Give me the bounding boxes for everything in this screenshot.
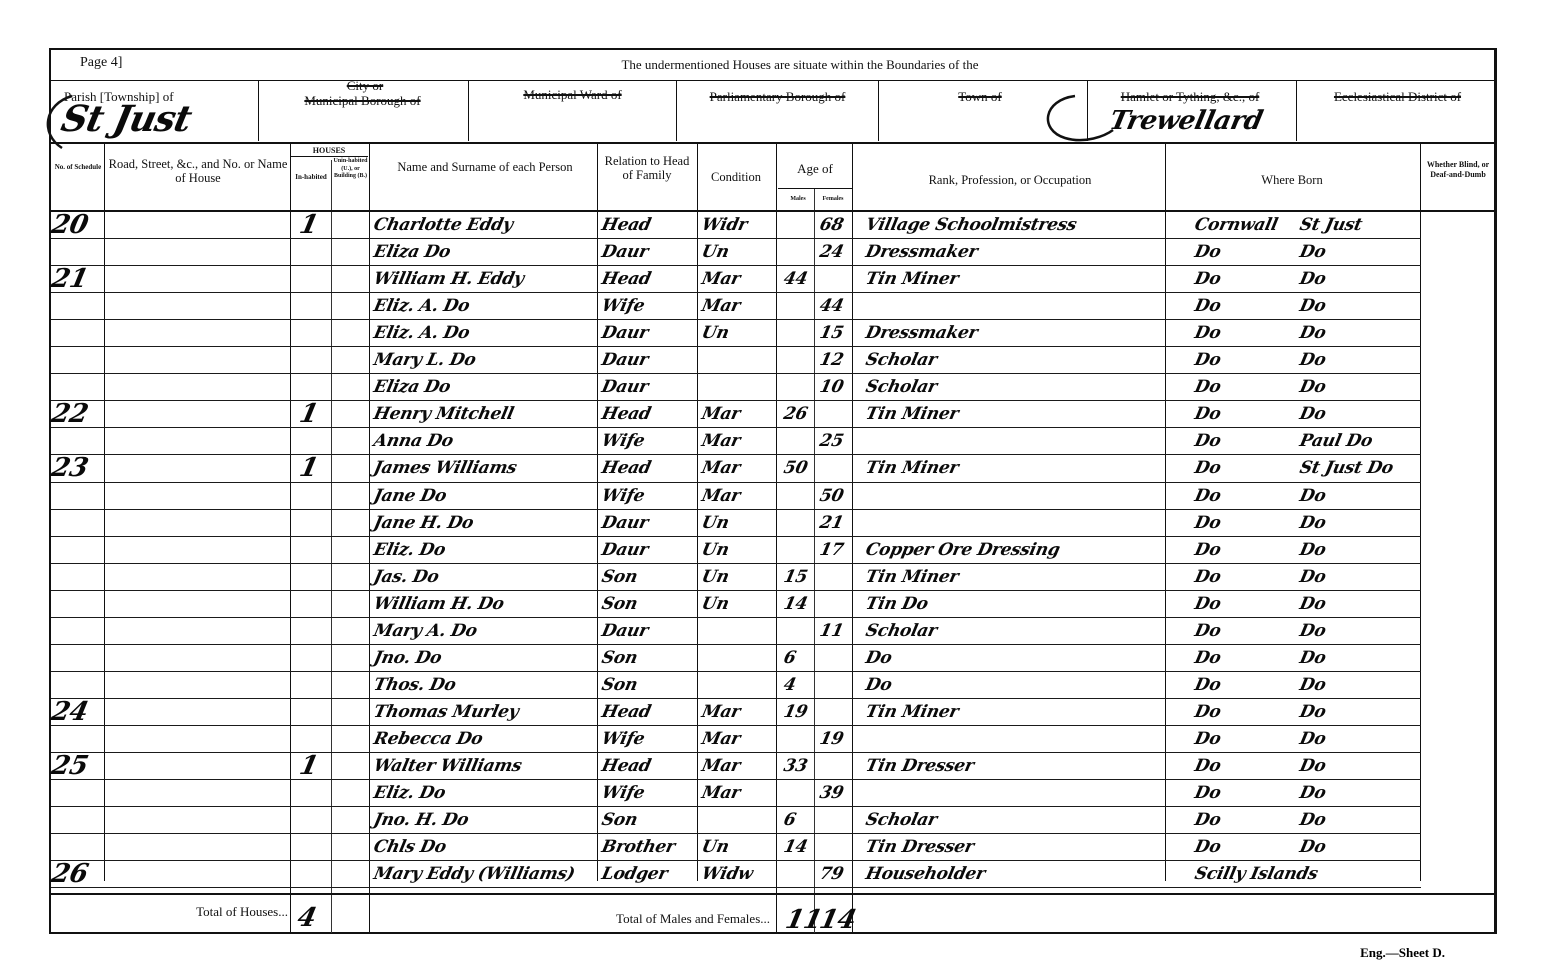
occupation: Tin Dresser bbox=[864, 756, 976, 776]
born-county: Do bbox=[1193, 242, 1223, 262]
row-divider bbox=[51, 752, 1421, 753]
total-houses-label: Total of Houses... bbox=[60, 905, 288, 920]
hamlet-label: Hamlet or Tything, &c., of bbox=[1095, 90, 1285, 105]
occupation: Tin Do bbox=[864, 594, 930, 614]
relation: Brother bbox=[600, 837, 677, 857]
row-divider bbox=[51, 482, 1421, 483]
person-name: Eliza Do bbox=[372, 242, 452, 262]
born-place: Do bbox=[1298, 486, 1328, 506]
born-county: Do bbox=[1193, 269, 1223, 289]
condition: Un bbox=[700, 513, 731, 533]
relation: Daur bbox=[600, 377, 650, 397]
occupation: Tin Miner bbox=[864, 567, 960, 587]
col-divider bbox=[597, 143, 598, 881]
col-divider bbox=[290, 143, 291, 933]
banner-divider bbox=[51, 80, 1496, 81]
born-place: Do bbox=[1298, 540, 1328, 560]
born-place: St Just Do bbox=[1298, 458, 1395, 478]
age-female: 10 bbox=[818, 377, 845, 397]
born-county: Do bbox=[1193, 296, 1223, 316]
boundary-divider bbox=[878, 81, 879, 141]
age-male: 14 bbox=[782, 594, 809, 614]
row-divider bbox=[51, 671, 1421, 672]
born-place: Do bbox=[1298, 729, 1328, 749]
schedule-number: 20 bbox=[49, 210, 91, 240]
relation: Son bbox=[600, 594, 639, 614]
relation: Daur bbox=[600, 350, 650, 370]
row-divider bbox=[51, 698, 1421, 699]
relation: Head bbox=[600, 404, 653, 424]
relation: Daur bbox=[600, 242, 650, 262]
municipal-borough-label: Municipal Borough of bbox=[280, 94, 445, 109]
schedule-number: 22 bbox=[49, 399, 91, 429]
born-place: Do bbox=[1298, 810, 1328, 830]
age-female: 21 bbox=[818, 513, 845, 533]
born-county: Do bbox=[1193, 540, 1223, 560]
person-name: Eliz. Do bbox=[372, 540, 447, 560]
occupation: Scholar bbox=[864, 350, 939, 370]
age-female: 50 bbox=[818, 486, 845, 506]
born-place: Do bbox=[1298, 567, 1328, 587]
person-name: Walter Williams bbox=[372, 756, 524, 776]
row-divider bbox=[51, 563, 1421, 564]
row-divider bbox=[51, 373, 1421, 374]
occupation: Dressmaker bbox=[864, 323, 979, 343]
row-divider bbox=[51, 346, 1421, 347]
col-divider bbox=[776, 143, 777, 933]
condition: Mar bbox=[700, 431, 742, 451]
boundary-divider bbox=[1296, 81, 1297, 141]
row-divider bbox=[51, 590, 1421, 591]
col-blind: Whether Blind, or Deaf-and-Dumb bbox=[1422, 160, 1494, 179]
occupation: Householder bbox=[864, 864, 987, 884]
born-place: Do bbox=[1298, 648, 1328, 668]
relation: Head bbox=[600, 215, 653, 235]
born-place: Do bbox=[1298, 323, 1328, 343]
col-inhabited: In-habited bbox=[292, 173, 330, 182]
condition: Un bbox=[700, 594, 731, 614]
age-female: 24 bbox=[818, 242, 845, 262]
occupation: Scholar bbox=[864, 377, 939, 397]
hamlet-value: Trewellard bbox=[1107, 106, 1265, 136]
sheet-label: Eng.—Sheet D. bbox=[1360, 945, 1445, 961]
person-name: Thomas Murley bbox=[372, 702, 520, 722]
born-county: Do bbox=[1193, 729, 1223, 749]
condition: Mar bbox=[700, 296, 742, 316]
boundary-divider bbox=[258, 81, 259, 141]
age-female: 68 bbox=[818, 215, 845, 235]
person-name: Henry Mitchell bbox=[372, 404, 516, 424]
col-occupation: Rank, Profession, or Occupation bbox=[856, 173, 1164, 187]
occupation: Copper Ore Dressing bbox=[864, 540, 1062, 560]
col-divider bbox=[697, 143, 698, 881]
row-divider bbox=[51, 617, 1421, 618]
born-county: Do bbox=[1193, 458, 1223, 478]
born-place: Do bbox=[1298, 269, 1328, 289]
relation: Head bbox=[600, 458, 653, 478]
born-county: Do bbox=[1193, 486, 1223, 506]
age-subheader-divider bbox=[778, 188, 852, 189]
row-divider bbox=[51, 509, 1421, 510]
col-age-females: Females bbox=[815, 196, 851, 204]
born-place: Do bbox=[1298, 404, 1328, 424]
person-name: Rebecca Do bbox=[372, 729, 485, 749]
relation: Head bbox=[600, 702, 653, 722]
schedule-number: 24 bbox=[49, 697, 91, 727]
born-county: Cornwall bbox=[1193, 215, 1280, 235]
total-persons-label: Total of Males and Females... bbox=[520, 912, 770, 927]
person-name: William H. Do bbox=[372, 594, 506, 614]
person-name: Anna Do bbox=[372, 431, 455, 451]
condition: Un bbox=[700, 323, 731, 343]
born-place: Do bbox=[1298, 756, 1328, 776]
person-name: Jane Do bbox=[372, 486, 448, 506]
condition: Mar bbox=[700, 486, 742, 506]
born-place: Do bbox=[1298, 513, 1328, 533]
person-name: Eliz. A. Do bbox=[372, 296, 471, 316]
col-divider bbox=[104, 143, 105, 881]
born-county: Do bbox=[1193, 783, 1223, 803]
parish-value: St Just bbox=[58, 98, 195, 140]
col-name: Name and Surname of each Person bbox=[375, 160, 595, 174]
condition: Un bbox=[700, 837, 731, 857]
col-divider bbox=[331, 160, 332, 933]
col-age-group: Age of bbox=[778, 162, 852, 177]
person-name: James Williams bbox=[372, 458, 519, 478]
age-male: 14 bbox=[782, 837, 809, 857]
relation: Daur bbox=[600, 323, 650, 343]
born-county: Do bbox=[1193, 513, 1223, 533]
born-county: Do bbox=[1193, 837, 1223, 857]
row-divider bbox=[51, 806, 1421, 807]
condition: Un bbox=[700, 540, 731, 560]
occupation: Tin Miner bbox=[864, 269, 960, 289]
person-name: Jane H. Do bbox=[372, 513, 475, 533]
person-name: Jas. Do bbox=[372, 567, 441, 587]
born-county: Do bbox=[1193, 702, 1223, 722]
occupation: Do bbox=[864, 675, 894, 695]
relation: Son bbox=[600, 567, 639, 587]
born-county: Do bbox=[1193, 594, 1223, 614]
bracket-flourish-icon bbox=[1035, 90, 1115, 150]
total-females: 14 bbox=[817, 905, 859, 935]
born-place: Do bbox=[1298, 350, 1328, 370]
born-place: Do bbox=[1298, 702, 1328, 722]
born-place: Do bbox=[1298, 594, 1328, 614]
col-condition: Condition bbox=[698, 170, 774, 184]
born-county: Do bbox=[1193, 377, 1223, 397]
person-name: Charlotte Eddy bbox=[372, 215, 515, 235]
age-female: 11 bbox=[818, 621, 845, 641]
condition: Mar bbox=[700, 404, 742, 424]
col-divider bbox=[1165, 143, 1166, 881]
occupation: Scholar bbox=[864, 810, 939, 830]
age-female: 25 bbox=[818, 431, 845, 451]
person-name: Eliza Do bbox=[372, 377, 452, 397]
condition: Mar bbox=[700, 702, 742, 722]
table-bottom-divider bbox=[51, 893, 1496, 895]
condition: Mar bbox=[700, 783, 742, 803]
born-place: St Just bbox=[1298, 215, 1364, 235]
born-county: Do bbox=[1193, 648, 1223, 668]
age-male: 15 bbox=[782, 567, 809, 587]
born-county: Scilly Islands bbox=[1193, 864, 1320, 884]
relation: Son bbox=[600, 648, 639, 668]
occupation: Tin Miner bbox=[864, 702, 960, 722]
person-name: Chls Do bbox=[372, 837, 448, 857]
age-male: 44 bbox=[782, 269, 809, 289]
relation: Wife bbox=[600, 296, 646, 316]
relation: Wife bbox=[600, 783, 646, 803]
schedule-number: 25 bbox=[49, 751, 91, 781]
condition: Un bbox=[700, 242, 731, 262]
relation: Head bbox=[600, 269, 653, 289]
person-name: Mary L. Do bbox=[372, 350, 478, 370]
born-place: Do bbox=[1298, 296, 1328, 316]
schedule-number: 21 bbox=[49, 264, 91, 294]
schedule-number: 26 bbox=[49, 859, 91, 889]
row-divider bbox=[51, 454, 1421, 455]
relation: Daur bbox=[600, 513, 650, 533]
person-name: Jno. H. Do bbox=[372, 810, 471, 830]
page-label: Page 4] bbox=[80, 55, 122, 71]
col-schedule: No. of Schedule bbox=[54, 163, 102, 172]
header-divider bbox=[51, 142, 1496, 144]
occupation: Scholar bbox=[864, 621, 939, 641]
relation: Son bbox=[600, 675, 639, 695]
condition: Mar bbox=[700, 756, 742, 776]
person-name: Mary Eddy (Williams) bbox=[372, 864, 577, 884]
column-header-divider bbox=[51, 210, 1496, 212]
occupation: Dressmaker bbox=[864, 242, 979, 262]
relation: Daur bbox=[600, 621, 650, 641]
row-divider bbox=[51, 292, 1421, 293]
relation: Daur bbox=[600, 540, 650, 560]
col-road: Road, Street, &c., and No. or Name of Ho… bbox=[108, 157, 288, 186]
parliamentary-borough-label: Parliamentary Borough of bbox=[680, 90, 875, 105]
row-divider bbox=[51, 887, 1421, 888]
boundary-divider bbox=[468, 81, 469, 141]
condition: Un bbox=[700, 567, 731, 587]
born-place: Do bbox=[1298, 783, 1328, 803]
occupation: Tin Miner bbox=[864, 404, 960, 424]
row-divider bbox=[51, 427, 1421, 428]
row-divider bbox=[51, 536, 1421, 537]
age-male: 19 bbox=[782, 702, 809, 722]
born-county: Do bbox=[1193, 621, 1223, 641]
row-divider bbox=[51, 238, 1421, 239]
age-female: 12 bbox=[818, 350, 845, 370]
condition: Mar bbox=[700, 458, 742, 478]
municipal-ward-label: Municipal Ward of bbox=[490, 88, 655, 103]
born-county: Do bbox=[1193, 404, 1223, 424]
age-female: 19 bbox=[818, 729, 845, 749]
row-divider bbox=[51, 833, 1421, 834]
born-county: Do bbox=[1193, 350, 1223, 370]
born-place: Do bbox=[1298, 837, 1328, 857]
col-uninhabited: Unin-habited (U.), or Building (B.) bbox=[333, 158, 368, 181]
col-divider bbox=[1420, 143, 1421, 881]
relation: Wife bbox=[600, 431, 646, 451]
relation: Wife bbox=[600, 729, 646, 749]
age-female: 39 bbox=[818, 783, 845, 803]
relation: Wife bbox=[600, 486, 646, 506]
row-divider bbox=[51, 779, 1421, 780]
born-county: Do bbox=[1193, 756, 1223, 776]
born-county: Do bbox=[1193, 810, 1223, 830]
row-divider bbox=[51, 319, 1421, 320]
person-name: Mary A. Do bbox=[372, 621, 479, 641]
age-male: 50 bbox=[782, 458, 809, 478]
occupation: Do bbox=[864, 648, 894, 668]
person-name: Eliz. A. Do bbox=[372, 323, 471, 343]
col-age-males: Males bbox=[782, 196, 814, 204]
condition: Mar bbox=[700, 269, 742, 289]
occupation: Tin Dresser bbox=[864, 837, 976, 857]
age-female: 44 bbox=[818, 296, 845, 316]
person-name: William H. Eddy bbox=[372, 269, 526, 289]
col-where-born: Where Born bbox=[1166, 173, 1418, 187]
city-label-line1: City or bbox=[320, 79, 410, 94]
condition: Mar bbox=[700, 729, 742, 749]
age-female: 15 bbox=[818, 323, 845, 343]
boundary-divider bbox=[676, 81, 677, 141]
row-divider bbox=[51, 860, 1421, 861]
relation: Head bbox=[600, 756, 653, 776]
person-name: Thos. Do bbox=[372, 675, 458, 695]
town-label: Town of bbox=[940, 90, 1020, 105]
born-county: Do bbox=[1193, 675, 1223, 695]
col-divider bbox=[814, 188, 815, 933]
person-name: Jno. Do bbox=[372, 648, 444, 668]
row-divider bbox=[51, 400, 1421, 401]
age-female: 17 bbox=[818, 540, 845, 560]
row-divider bbox=[51, 644, 1421, 645]
born-place: Do bbox=[1298, 675, 1328, 695]
schedule-number: 23 bbox=[49, 453, 91, 483]
col-divider bbox=[852, 143, 853, 933]
born-county: Do bbox=[1193, 567, 1223, 587]
occupation: Tin Miner bbox=[864, 458, 960, 478]
born-county: Do bbox=[1193, 323, 1223, 343]
condition: Widr bbox=[700, 215, 749, 235]
relation: Son bbox=[600, 810, 639, 830]
col-relation: Relation to Head of Family bbox=[598, 154, 696, 183]
row-divider bbox=[51, 725, 1421, 726]
born-place: Do bbox=[1298, 377, 1328, 397]
ecclesiastical-district-label: Ecclesiastical District of bbox=[1305, 90, 1490, 105]
condition: Widw bbox=[700, 864, 755, 884]
occupation: Village Schoolmistress bbox=[864, 215, 1078, 235]
born-place: Do bbox=[1298, 242, 1328, 262]
age-female: 79 bbox=[818, 864, 845, 884]
person-name: Eliz. Do bbox=[372, 783, 447, 803]
row-divider bbox=[51, 265, 1421, 266]
bracket-flourish-icon bbox=[38, 90, 78, 160]
relation: Lodger bbox=[600, 864, 669, 884]
col-divider bbox=[369, 143, 370, 933]
age-male: 26 bbox=[782, 404, 809, 424]
col-houses-group: HOUSES bbox=[290, 146, 368, 157]
born-place: Do bbox=[1298, 621, 1328, 641]
banner-title: The undermentioned Houses are situate wi… bbox=[520, 58, 1080, 73]
born-place: Paul Do bbox=[1298, 431, 1374, 451]
age-male: 33 bbox=[782, 756, 809, 776]
born-county: Do bbox=[1193, 431, 1223, 451]
